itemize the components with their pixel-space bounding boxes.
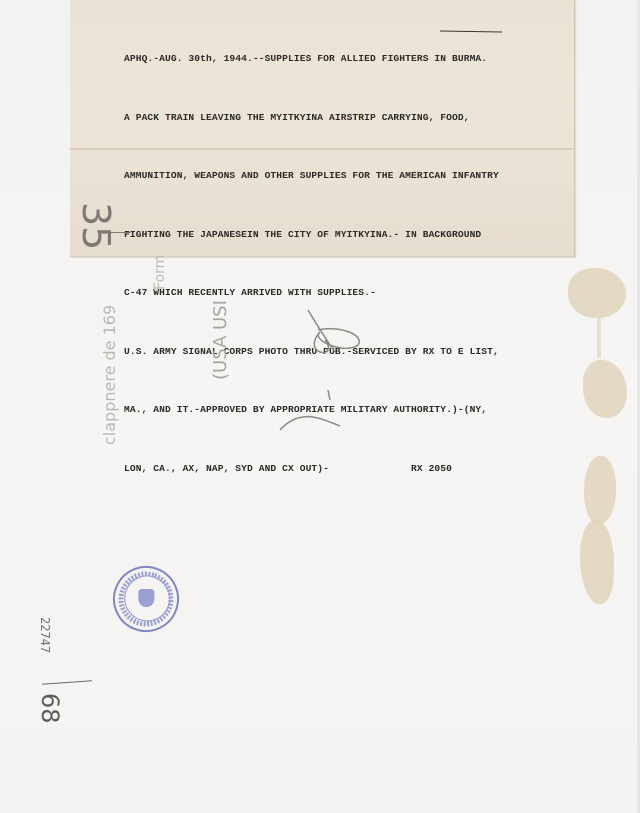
shield-icon (138, 589, 154, 607)
stain (584, 456, 616, 524)
caption-line: FIGHTING THE JAPANESEIN THE CITY OF MYIT… (124, 225, 554, 245)
caption-line: LON, CA., AX, NAP, SYD AND CX OUT)- RX 2… (124, 459, 554, 479)
handwritten-dash (103, 232, 131, 233)
handwritten-35: 35 (74, 202, 118, 250)
stain (568, 268, 626, 318)
typed-caption: APHQ.-AUG. 30th, 1944.--SUPPLIES FOR ALL… (124, 10, 554, 517)
caption-line: AMMUNITION, WEAPONS AND OTHER SUPPLIES F… (124, 166, 554, 186)
handwritten-note-mid: (USA USI (210, 300, 231, 380)
stain (597, 318, 601, 358)
handwritten-note-left: clappnere de 169 (100, 305, 119, 445)
handwritten-1-g (270, 300, 370, 440)
archive-number: 22747 (38, 617, 52, 653)
caption-slip: APHQ.-AUG. 30th, 1944.--SUPPLIES FOR ALL… (70, 0, 575, 257)
handwritten-note-left-2: Form (152, 255, 168, 290)
caption-line: A PACK TRAIN LEAVING THE MYITKYINA AIRST… (124, 108, 554, 128)
handwritten-68: 68 (36, 693, 64, 724)
caption-line: APHQ.-AUG. 30th, 1944.--SUPPLIES FOR ALL… (124, 49, 554, 69)
